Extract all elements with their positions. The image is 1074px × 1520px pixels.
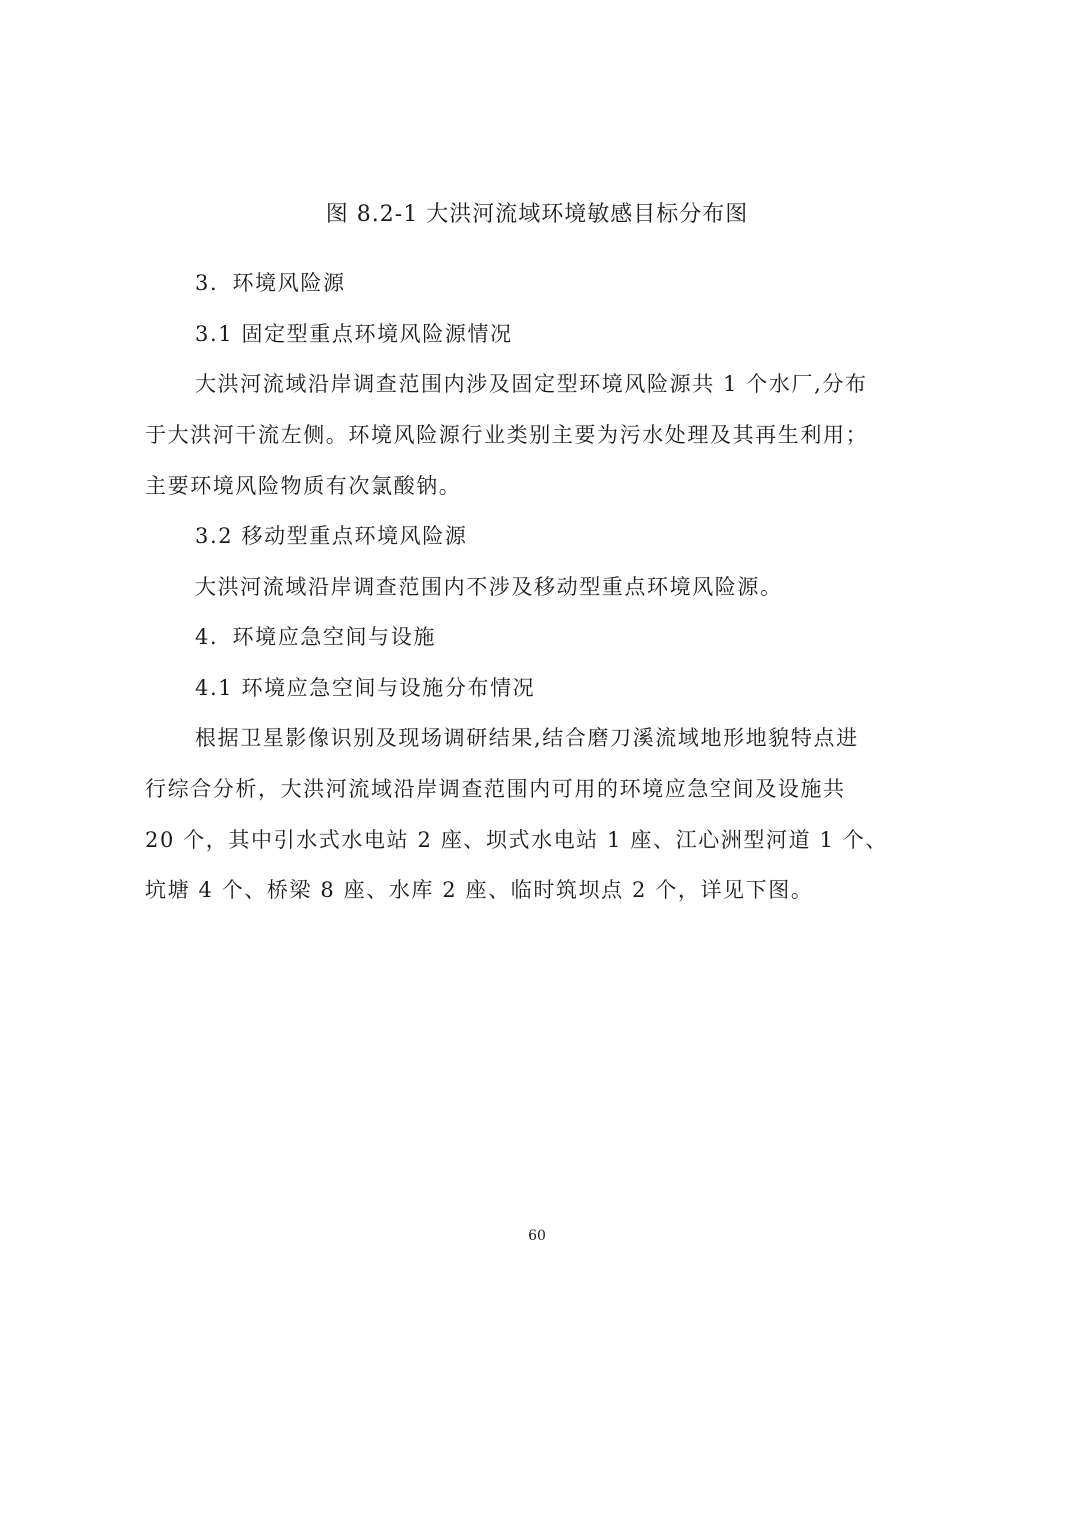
section-3-heading: 3．环境风险源 [195,265,995,301]
paragraph-line: 大洪河流域沿岸调查范围内涉及固定型环境风险源共 1 个水厂,分布 [195,366,995,402]
section-4-1-heading: 4.1 环境应急空间与设施分布情况 [195,670,995,706]
paragraph-line: 坑塘 4 个、桥梁 8 座、水库 2 座、临时筑坝点 2 个，详见下图。 [145,872,945,908]
document-page: 图 8.2-1 大洪河流域环境敏感目标分布图 3．环境风险源 3.1 固定型重点… [0,0,1074,1520]
paragraph-line: 20 个，其中引水式水电站 2 座、坝式水电站 1 座、江心洲型河道 1 个、 [145,822,945,858]
paragraph-line: 行综合分析，大洪河流域沿岸调查范围内可用的环境应急空间及设施共 [145,771,945,807]
figure-caption: 图 8.2-1 大洪河流域环境敏感目标分布图 [0,197,1074,233]
paragraph-line: 主要环境风险物质有次氯酸钠。 [145,468,945,504]
section-3-2-heading: 3.2 移动型重点环境风险源 [195,518,995,554]
paragraph-line: 根据卫星影像识别及现场调研结果,结合磨刀溪流域地形地貌特点进 [195,720,995,756]
section-4-heading: 4．环境应急空间与设施 [195,619,995,655]
section-3-1-heading: 3.1 固定型重点环境风险源情况 [195,316,995,352]
paragraph-line: 大洪河流域沿岸调查范围内不涉及移动型重点环境风险源。 [195,569,995,605]
page-number: 60 [0,1228,1074,1244]
paragraph-line: 于大洪河干流左侧。环境风险源行业类别主要为污水处理及其再生利用； [145,417,945,453]
